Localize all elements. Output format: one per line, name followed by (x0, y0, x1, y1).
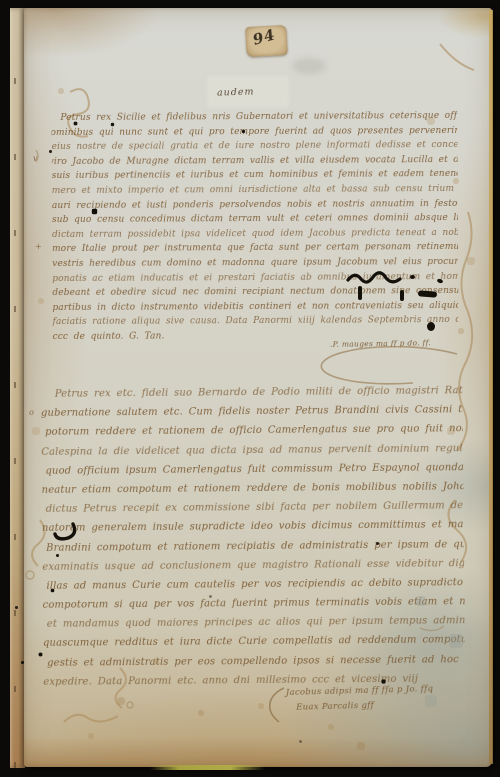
ink-blot (358, 286, 362, 300)
ink-blot (427, 322, 435, 331)
foxing-freckles (0, 0, 2, 2)
margin-mark: o (29, 408, 34, 417)
heading-word: audem (217, 86, 255, 98)
paragraph-2: Petrus rex etc. fideli suo Bernardo de P… (41, 381, 466, 687)
ink-blot (400, 290, 404, 301)
ink-smudge (292, 58, 326, 74)
manuscript-photo: 94 audem v + o Petrus rex Sicilie et fid… (0, 0, 500, 777)
paragraph-1: Petrus rex Sicilie et fidelibus nris Gub… (51, 109, 458, 349)
under-page-sliver (150, 765, 265, 770)
margin-mark: + (35, 242, 42, 251)
page-fore-edge (489, 10, 493, 764)
notary-signature-2: Jacobus adipsi ma ff ffa p Jo. ffq Euax … (286, 682, 434, 716)
folio-number-tag: 94 (245, 25, 288, 57)
margin-mark: v (33, 154, 38, 163)
ink-blot (418, 290, 437, 297)
binding-crease (14, 8, 16, 768)
folio-number: 94 (251, 25, 278, 49)
book-spine-edge (10, 8, 25, 768)
ink-blot (410, 275, 415, 279)
notary-signature-1: .P. mauges ma ff p do. ff. (330, 338, 431, 349)
